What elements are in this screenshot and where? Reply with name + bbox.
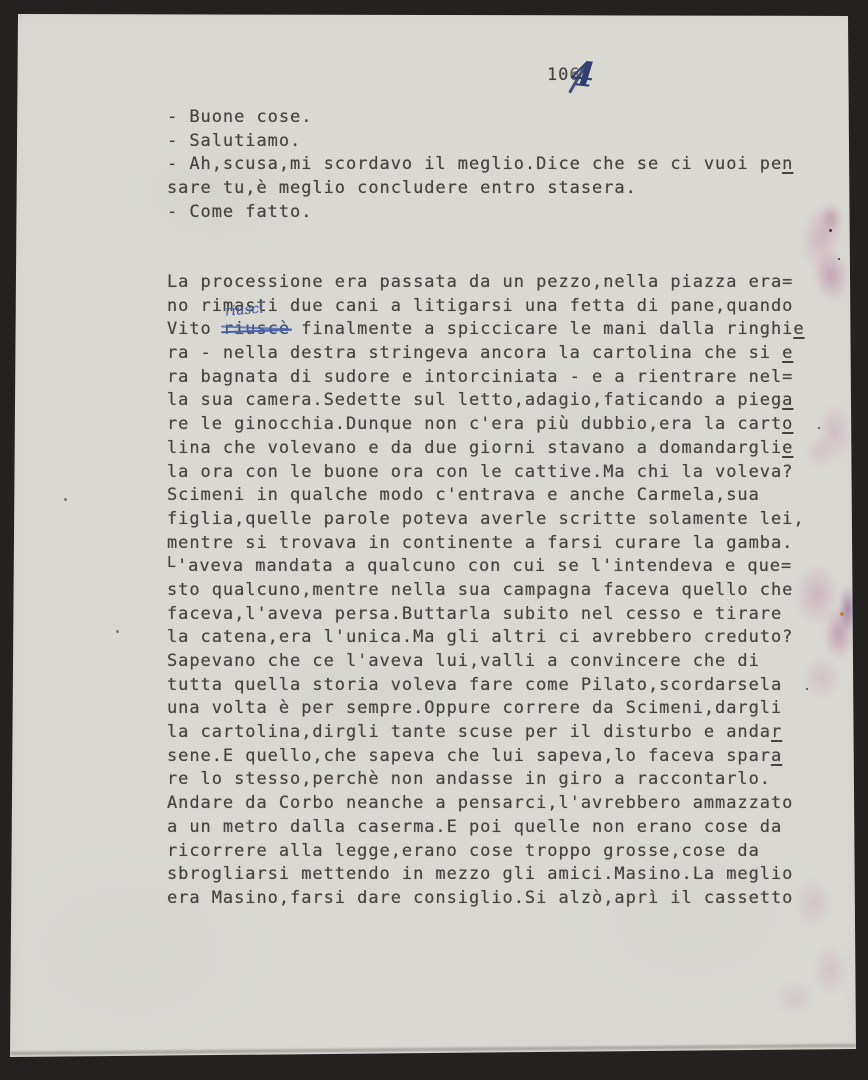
typed-line: re le ginocchia.Dunque non c'era più dub… — [167, 413, 805, 437]
typed-line: tutta quella storia voleva fare come Pil… — [167, 674, 805, 698]
handwritten-correction: riuscì — [224, 302, 263, 319]
paragraph-block: La processione era passata da un pezzo,n… — [167, 271, 805, 911]
pink-stain — [816, 198, 846, 238]
typed-line: figlia,quelle parole poteva averle scrit… — [167, 508, 805, 532]
typed-line: a un metro dalla caserma.E poi quelle no… — [167, 816, 805, 840]
typed-line: la catena,era l'unica.Ma gli altri ci av… — [167, 626, 805, 650]
ink-speck — [829, 229, 832, 232]
typed-line: - Ah,scusa,mi scordavo il meglio.Dice ch… — [167, 153, 793, 177]
typed-line: - Buone cose. — [167, 106, 793, 130]
paper-speck — [116, 630, 119, 633]
typed-line: Scimeni in qualche modo c'entrava e anch… — [167, 484, 805, 508]
typed-line: ra bagnata di sudore e intorciniata - e … — [167, 366, 805, 390]
typed-line: sbrogliarsi mettendo in mezzo gli amici.… — [167, 863, 805, 887]
typed-line: mentre si trovava in continente a farsi … — [167, 532, 805, 556]
page-number-handwritten-digit: 4 — [569, 54, 598, 96]
typed-line: - Salutiamo. — [167, 130, 793, 154]
ink-speck — [818, 427, 820, 429]
pink-stain — [800, 430, 840, 475]
manuscript-page: 106 4 - Buone cose.- Salutiamo.- Ah,scus… — [0, 0, 868, 1080]
page-number-typed: 10 — [547, 65, 569, 85]
typed-line: sto qualcuno,mentre nella sua campagna f… — [167, 579, 805, 603]
paper-speck — [64, 498, 67, 501]
typed-line: la cartolina,dirgli tante scuse per il d… — [167, 721, 805, 745]
typed-line: - Come fatto. — [167, 201, 793, 225]
typed-line: La processione era passata da un pezzo,n… — [167, 271, 805, 295]
typed-line: re lo stesso,perchè non andasse in giro … — [167, 768, 805, 792]
purple-stain — [836, 578, 860, 640]
typed-line: lina che volevano e da due giorni stavan… — [167, 437, 805, 461]
scanned-document: 106 4 - Buone cose.- Salutiamo.- Ah,scus… — [0, 0, 868, 1080]
typed-line: faceva,l'aveva persa.Buttarla subito nel… — [167, 603, 805, 627]
typed-line: una volta è per sempre.Oppure correre da… — [167, 697, 805, 721]
ink-speck — [838, 258, 840, 260]
typed-line: ra - nella destra stringeva ancora la ca… — [167, 342, 805, 366]
ink-speck — [840, 612, 844, 616]
page-bottom-edge-shadow — [10, 1044, 856, 1055]
typed-line: Andare da Corbo neanche a pensarci,l'avr… — [167, 792, 805, 816]
typed-line: L'aveva mandata a qualcuno con cui se l'… — [167, 555, 805, 579]
typed-line: la sua camera.Sedette sul letto,adagio,f… — [167, 389, 805, 413]
typed-line: era Masino,farsi dare consiglio.Si alzò,… — [167, 887, 805, 911]
struck-word: riuscèriuscì — [223, 319, 290, 339]
typed-line: Vito riuscèriuscì finalmente a spiccicar… — [167, 318, 805, 342]
typed-line: sene.E quello,che sapeva che lui sapeva,… — [167, 745, 805, 769]
dialogue-block: - Buone cose.- Salutiamo.- Ah,scusa,mi s… — [167, 106, 793, 224]
ink-speck — [806, 688, 808, 690]
page-number: 106 4 — [547, 65, 581, 85]
pink-stain — [766, 974, 824, 1022]
typed-line: ricorrere alla legge,erano cose troppo g… — [167, 840, 805, 864]
typed-line: Sapevano che ce l'aveva lui,valli a conv… — [167, 650, 805, 674]
typed-line: la ora con le buone ora con le cattive.M… — [167, 461, 805, 485]
typed-line: sare tu,è meglio concludere entro staser… — [167, 177, 793, 201]
